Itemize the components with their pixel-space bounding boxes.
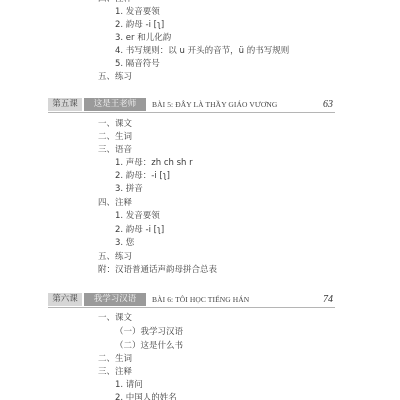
toc-entry: 1. 发音要领	[115, 211, 160, 222]
lesson-5-header: 第五课 这是王老师 BÀI 5: ĐÂY LÀ THẦY GIÁO VƯƠNG …	[48, 98, 335, 113]
toc-entry: 二、生词	[98, 132, 132, 143]
toc-entry: 2. 韵母 -i [ʅ]	[115, 225, 164, 236]
lesson-title-vietnamese: BÀI 6: TÔI HỌC TIẾNG HÁN	[152, 294, 249, 306]
lesson-title-chinese: 这是王老师	[84, 98, 146, 111]
toc-entry: 五、练习	[98, 252, 132, 263]
page-number: 74	[323, 293, 333, 306]
toc-entry: 一、课文	[98, 119, 132, 130]
toc-entry: （二）这是什么书	[115, 341, 183, 352]
toc-entry: 三、注释	[98, 367, 132, 378]
lesson-title-chinese: 我学习汉语	[84, 293, 146, 306]
toc-entry: 一、课文	[98, 313, 132, 324]
toc-entry: 四、注释	[98, 198, 132, 209]
toc-entry: 3. 拼音	[115, 184, 143, 195]
toc-entry: 2. 中国人的姓名	[115, 393, 177, 400]
toc-entry: 二、生词	[98, 354, 132, 365]
toc-entry: 1. 请问	[115, 380, 143, 391]
toc-entry: 1. 声母：zh ch sh r	[115, 158, 193, 169]
lesson-number: 第五课	[48, 98, 82, 111]
toc-entry: （一）我学习汉语	[115, 327, 183, 338]
toc-entry: 五、练习	[98, 72, 132, 83]
toc-entry: 3. er 和儿化韵	[115, 33, 171, 44]
lesson-6-header: 第六课 我学习汉语 BÀI 6: TÔI HỌC TIẾNG HÁN 74	[48, 293, 335, 308]
toc-entry: 三、语音	[98, 145, 132, 156]
lesson-number: 第六课	[48, 293, 82, 306]
toc-entry: 1. 发音要领	[115, 7, 160, 18]
page-number: 63	[323, 98, 333, 111]
toc-entry: 5. 隔音符号	[115, 59, 160, 70]
toc-entry: 附：汉语普通话声韵母拼合总表	[98, 265, 217, 276]
toc-entry: 2. 韵母 -i [ʅ]	[115, 20, 164, 31]
toc-entry: 四、注释	[98, 0, 132, 5]
toc-entry: 3. 您	[115, 238, 134, 249]
toc-entry: 4. 书写规则：以 u 开头的音节，ü 的书写规则	[115, 46, 289, 57]
lesson-title-vietnamese: BÀI 5: ĐÂY LÀ THẦY GIÁO VƯƠNG	[152, 99, 277, 111]
toc-entry: 2. 韵母：-i [ʅ]	[115, 171, 170, 182]
